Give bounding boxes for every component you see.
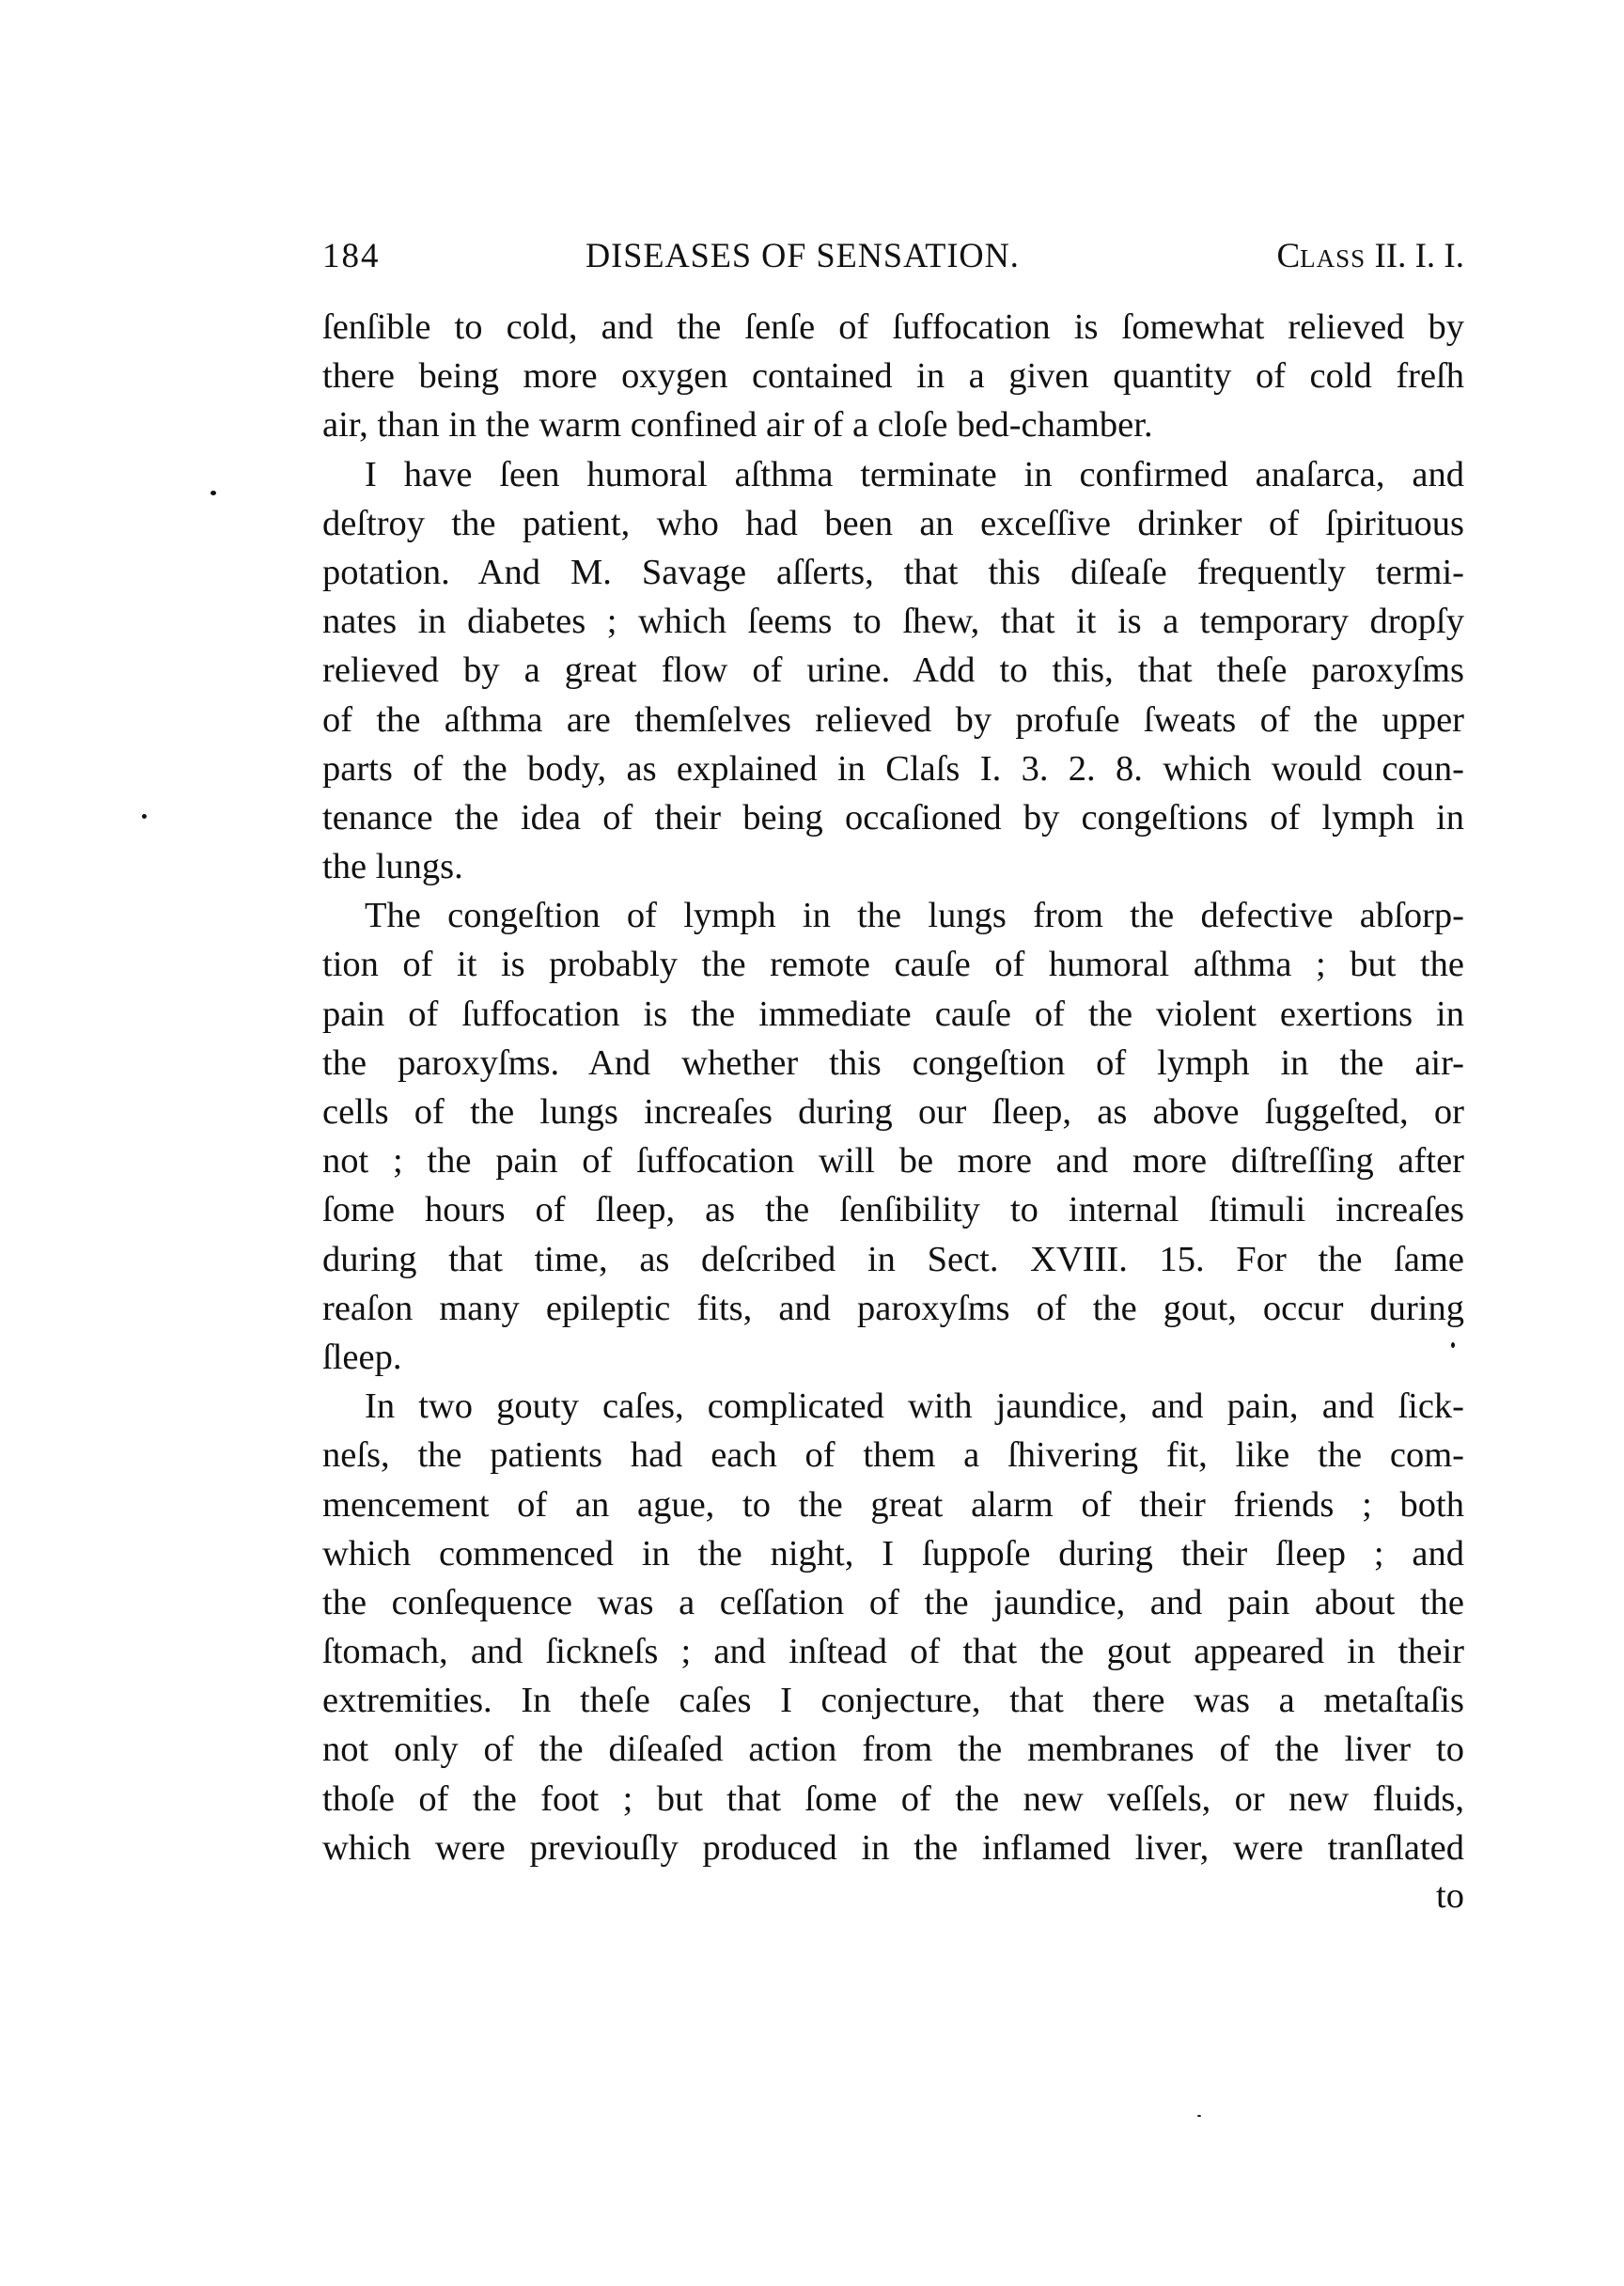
class-reference: CLASS II. I. I. [1276, 232, 1464, 283]
text-line: not only of the diſeaſed action from the… [322, 1725, 1464, 1774]
paragraph: In two gouty caſes, complicated with jau… [322, 1382, 1464, 1872]
ink-speck [142, 814, 147, 819]
paragraph: I have ſeen humoral aſthma terminate in … [322, 450, 1464, 892]
page-number: 184 [322, 232, 381, 281]
text-line: In two gouty caſes, complicated with jau… [322, 1382, 1464, 1431]
text-line: neſs, the patients had each of them a ſh… [322, 1431, 1464, 1480]
ink-speck [1451, 1342, 1455, 1348]
ink-speck [1197, 2115, 1201, 2117]
text-line: extremities. In theſe caſes I conjecture… [322, 1676, 1464, 1725]
text-line: pain of ſuffocation is the immediate cau… [322, 990, 1464, 1039]
text-line: potation. And M. Savage aſſerts, that th… [322, 548, 1464, 597]
text-line: mencement of an ague, to the great alarm… [322, 1480, 1464, 1529]
ink-speck [211, 491, 216, 495]
chapter-title: DISEASES OF SENSATION. [586, 232, 1020, 281]
class-prefix: C [1276, 237, 1300, 275]
text-line: ſtomach, and ſickneſs ; and inſtead of t… [322, 1627, 1464, 1676]
text-line: I have ſeen humoral aſthma terminate in … [322, 450, 1464, 499]
running-head: 184 DISEASES OF SENSATION. CLASS II. I. … [322, 232, 1464, 281]
book-page: 184 DISEASES OF SENSATION. CLASS II. I. … [0, 0, 1624, 2286]
paragraph: The congeſtion of lymph in the lungs fro… [322, 891, 1464, 1382]
text-line: during that time, as deſcribed in Sect. … [322, 1235, 1464, 1284]
text-line: thoſe of the foot ; but that ſome of the… [322, 1775, 1464, 1824]
text-line: the lungs. [322, 842, 1464, 891]
text-line: parts of the body, as explained in Claſs… [322, 744, 1464, 793]
text-line: tenance the idea of their being occaſion… [322, 793, 1464, 842]
text-line: the paroxyſms. And whether this congeſti… [322, 1039, 1464, 1088]
text-line: not ; the pain of ſuffocation will be mo… [322, 1136, 1464, 1185]
text-line: ſome hours of ſleep, as the ſenſibility … [322, 1185, 1464, 1234]
paragraph: ſenſible to cold, and the ſenſe of ſuffo… [322, 303, 1464, 450]
text-line: ſleep. [322, 1333, 1464, 1382]
text-line: there being more oxygen contained in a g… [322, 352, 1464, 400]
text-line: which were previouſly produced in the in… [322, 1824, 1464, 1872]
text-line: air, than in the warm confined air of a … [322, 400, 1464, 449]
text-line: which commenced in the night, I ſuppoſe … [322, 1529, 1464, 1578]
text-line: reaſon many epileptic fits, and paroxyſm… [322, 1284, 1464, 1333]
class-smallcaps: LASS [1300, 244, 1366, 273]
text-line: ſenſible to cold, and the ſenſe of ſuffo… [322, 303, 1464, 352]
catchword: to [1436, 1871, 1464, 1920]
text-line: cells of the lungs increaſes during our … [322, 1088, 1464, 1136]
text-line: of the aſthma are themſelves relieved by… [322, 696, 1464, 744]
text-line: tion of it is probably the remote cauſe … [322, 940, 1464, 989]
text-line: relieved by a great flow of urine. Add t… [322, 646, 1464, 695]
text-line: the conſequence was a ceſſation of the j… [322, 1578, 1464, 1627]
text-line: nates in diabetes ; which ſeems to ſhew,… [322, 597, 1464, 646]
text-line: deſtroy the patient, who had been an exc… [322, 499, 1464, 548]
text-line: The congeſtion of lymph in the lungs fro… [322, 891, 1464, 940]
class-numbers: II. I. I. [1366, 237, 1464, 275]
body-text: ſenſible to cold, and the ſenſe of ſuffo… [322, 303, 1464, 1872]
